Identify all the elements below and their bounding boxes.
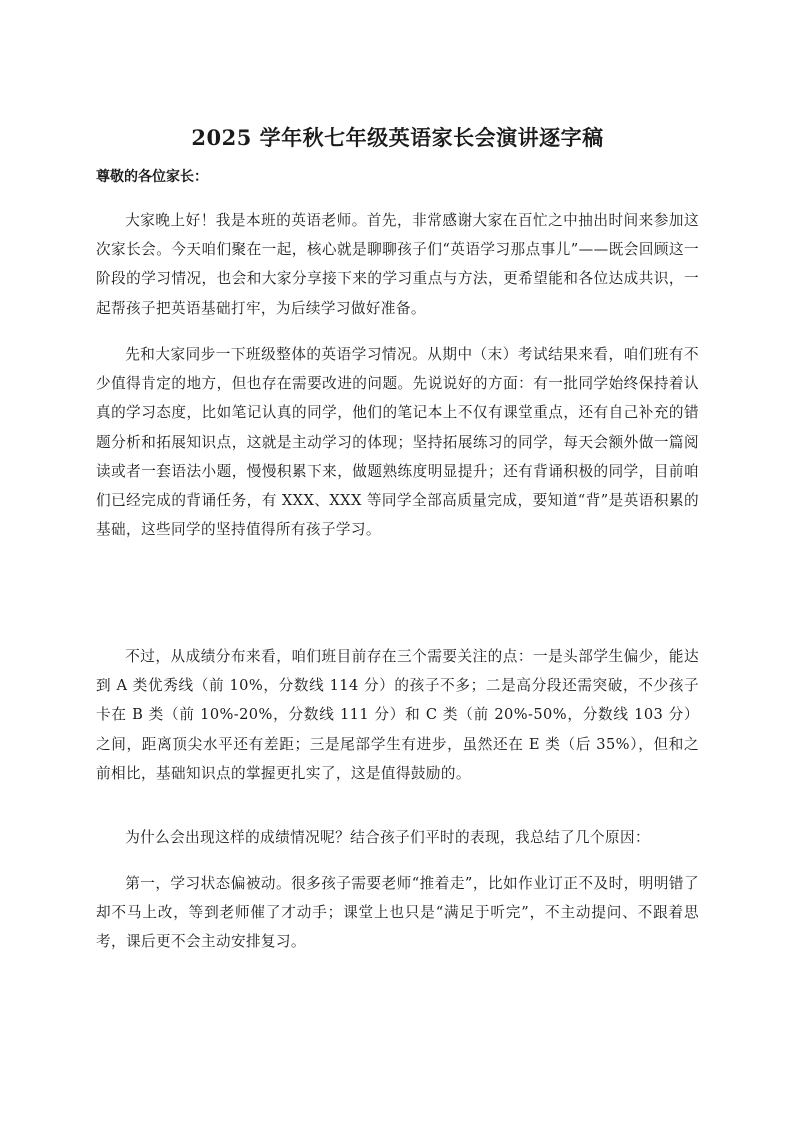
paragraph-score-distribution: 不过，从成绩分布来看，咱们班目前存在三个需要关注的点：一是头部学生偏少，能达到 … <box>96 642 699 788</box>
document-title: 2025 学年秋七年级英语家长会演讲逐字稿 <box>96 122 699 154</box>
paragraph-class-overview: 先和大家同步一下班级整体的英语学习情况。从期中（末）考试结果来看，咱们班有不少值… <box>96 340 699 544</box>
paragraph-reason-one: 第一，学习状态偏被动。很多孩子需要老师“推着走”，比如作业订正不及时，明明错了却… <box>96 869 699 957</box>
paragraph-greeting: 大家晚上好！我是本班的英语老师。首先，非常感谢大家在百忙之中抽出时间来参加这次家… <box>96 206 699 323</box>
salutation: 尊敬的各位家长： <box>96 166 208 188</box>
paragraph-reasons-intro: 为什么会出现这样的成绩情况呢？结合孩子们平时的表现，我总结了几个原因： <box>96 823 699 852</box>
